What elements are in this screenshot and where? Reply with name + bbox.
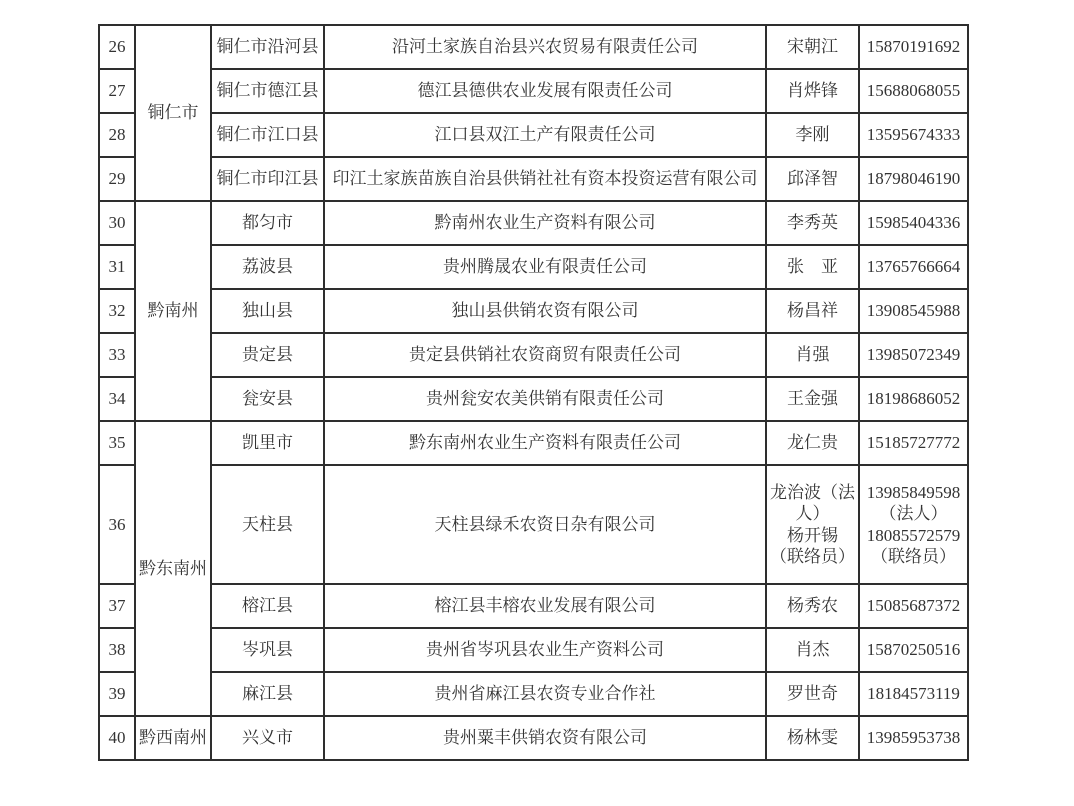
row-number-cell: 38: [99, 628, 135, 672]
phone-cell: 15085687372: [859, 584, 968, 628]
row-number-cell: 27: [99, 69, 135, 113]
county-cell: 铜仁市印江县: [211, 157, 324, 201]
row-number-cell: 28: [99, 113, 135, 157]
table-row: 36 天柱县 天柱县绿禾农资日杂有限公司 龙治波（法 人） 杨开锡 （联络员） …: [99, 465, 968, 584]
contact-cell: 杨昌祥: [766, 289, 859, 333]
agri-supply-contact-table-wrap: 26 铜仁市 铜仁市沿河县 沿河土家族自治县兴农贸易有限责任公司 宋朝江 158…: [98, 24, 969, 761]
table-row: 28 铜仁市江口县 江口县双江土产有限责任公司 李刚 13595674333: [99, 113, 968, 157]
row-number-cell: 31: [99, 245, 135, 289]
county-cell: 天柱县: [211, 465, 324, 584]
county-cell: 凯里市: [211, 421, 324, 465]
table-row: 34 瓮安县 贵州瓮安农美供销有限责任公司 王金强 18198686052: [99, 377, 968, 421]
row-number-cell: 35: [99, 421, 135, 465]
county-cell: 铜仁市德江县: [211, 69, 324, 113]
row-number-cell: 32: [99, 289, 135, 333]
phone-cell: 13595674333: [859, 113, 968, 157]
company-cell: 贵州瓮安农美供销有限责任公司: [324, 377, 766, 421]
row-number-cell: 30: [99, 201, 135, 245]
table-row: 38 岑巩县 贵州省岑巩县农业生产资料公司 肖杰 15870250516: [99, 628, 968, 672]
table-row: 29 铜仁市印江县 印江土家族苗族自治县供销社社有资本投资运营有限公司 邱泽智 …: [99, 157, 968, 201]
contact-cell: 龙治波（法 人） 杨开锡 （联络员）: [766, 465, 859, 584]
county-cell: 岑巩县: [211, 628, 324, 672]
contact-cell: 张 亚: [766, 245, 859, 289]
table-row: 30 黔南州 都匀市 黔南州农业生产资料有限公司 李秀英 15985404336: [99, 201, 968, 245]
row-number-cell: 29: [99, 157, 135, 201]
contact-cell: 李刚: [766, 113, 859, 157]
county-cell: 铜仁市江口县: [211, 113, 324, 157]
contact-cell: 宋朝江: [766, 25, 859, 69]
county-cell: 兴义市: [211, 716, 324, 760]
contact-cell: 罗世奇: [766, 672, 859, 716]
region-cell: 铜仁市: [135, 25, 211, 201]
phone-cell: 13985072349: [859, 333, 968, 377]
contact-cell: 肖强: [766, 333, 859, 377]
phone-cell: 13765766664: [859, 245, 968, 289]
row-number-cell: 40: [99, 716, 135, 760]
row-number-cell: 37: [99, 584, 135, 628]
row-number-cell: 36: [99, 465, 135, 584]
county-cell: 瓮安县: [211, 377, 324, 421]
table-row: 31 荔波县 贵州腾晟农业有限责任公司 张 亚 13765766664: [99, 245, 968, 289]
company-cell: 贵州粟丰供销农资有限公司: [324, 716, 766, 760]
county-cell: 都匀市: [211, 201, 324, 245]
row-number-cell: 39: [99, 672, 135, 716]
table-row: 35 黔东南州 凯里市 黔东南州农业生产资料有限责任公司 龙仁贵 1518572…: [99, 421, 968, 465]
table-row: 32 独山县 独山县供销农资有限公司 杨昌祥 13908545988: [99, 289, 968, 333]
company-cell: 黔东南州农业生产资料有限责任公司: [324, 421, 766, 465]
county-cell: 独山县: [211, 289, 324, 333]
county-cell: 贵定县: [211, 333, 324, 377]
company-cell: 独山县供销农资有限公司: [324, 289, 766, 333]
contact-cell: 肖杰: [766, 628, 859, 672]
row-number-cell: 26: [99, 25, 135, 69]
phone-cell: 15185727772: [859, 421, 968, 465]
phone-cell: 15688068055: [859, 69, 968, 113]
company-cell: 沿河土家族自治县兴农贸易有限责任公司: [324, 25, 766, 69]
phone-cell: 18198686052: [859, 377, 968, 421]
contact-cell: 肖烨锋: [766, 69, 859, 113]
phone-cell: 15870191692: [859, 25, 968, 69]
company-cell: 江口县双江土产有限责任公司: [324, 113, 766, 157]
company-cell: 德江县德供农业发展有限责任公司: [324, 69, 766, 113]
table-row: 33 贵定县 贵定县供销社农资商贸有限责任公司 肖强 13985072349: [99, 333, 968, 377]
phone-cell: 18184573119: [859, 672, 968, 716]
county-cell: 榕江县: [211, 584, 324, 628]
phone-cell: 13908545988: [859, 289, 968, 333]
contact-cell: 王金强: [766, 377, 859, 421]
contact-cell: 杨秀农: [766, 584, 859, 628]
region-cell: 黔西南州: [135, 716, 211, 760]
contact-cell: 龙仁贵: [766, 421, 859, 465]
table-row: 26 铜仁市 铜仁市沿河县 沿河土家族自治县兴农贸易有限责任公司 宋朝江 158…: [99, 25, 968, 69]
company-cell: 印江土家族苗族自治县供销社社有资本投资运营有限公司: [324, 157, 766, 201]
company-cell: 天柱县绿禾农资日杂有限公司: [324, 465, 766, 584]
company-cell: 贵州省麻江县农资专业合作社: [324, 672, 766, 716]
county-cell: 荔波县: [211, 245, 324, 289]
company-cell: 榕江县丰榕农业发展有限公司: [324, 584, 766, 628]
phone-cell: 18798046190: [859, 157, 968, 201]
company-cell: 贵州省岑巩县农业生产资料公司: [324, 628, 766, 672]
contact-cell: 李秀英: [766, 201, 859, 245]
table-row: 37 榕江县 榕江县丰榕农业发展有限公司 杨秀农 15085687372: [99, 584, 968, 628]
county-cell: 麻江县: [211, 672, 324, 716]
region-cell: 黔东南州: [135, 421, 211, 716]
contact-cell: 邱泽智: [766, 157, 859, 201]
company-cell: 贵定县供销社农资商贸有限责任公司: [324, 333, 766, 377]
company-cell: 黔南州农业生产资料有限公司: [324, 201, 766, 245]
company-cell: 贵州腾晟农业有限责任公司: [324, 245, 766, 289]
phone-cell: 15985404336: [859, 201, 968, 245]
phone-cell: 13985953738: [859, 716, 968, 760]
region-cell: 黔南州: [135, 201, 211, 421]
table-row: 39 麻江县 贵州省麻江县农资专业合作社 罗世奇 18184573119: [99, 672, 968, 716]
phone-cell: 15870250516: [859, 628, 968, 672]
county-cell: 铜仁市沿河县: [211, 25, 324, 69]
row-number-cell: 34: [99, 377, 135, 421]
table-row: 27 铜仁市德江县 德江县德供农业发展有限责任公司 肖烨锋 1568806805…: [99, 69, 968, 113]
phone-cell: 13985849598 （法人） 18085572579 （联络员）: [859, 465, 968, 584]
table-row: 40 黔西南州 兴义市 贵州粟丰供销农资有限公司 杨林雯 13985953738: [99, 716, 968, 760]
contact-cell: 杨林雯: [766, 716, 859, 760]
row-number-cell: 33: [99, 333, 135, 377]
agri-supply-contact-table: 26 铜仁市 铜仁市沿河县 沿河土家族自治县兴农贸易有限责任公司 宋朝江 158…: [98, 24, 969, 761]
